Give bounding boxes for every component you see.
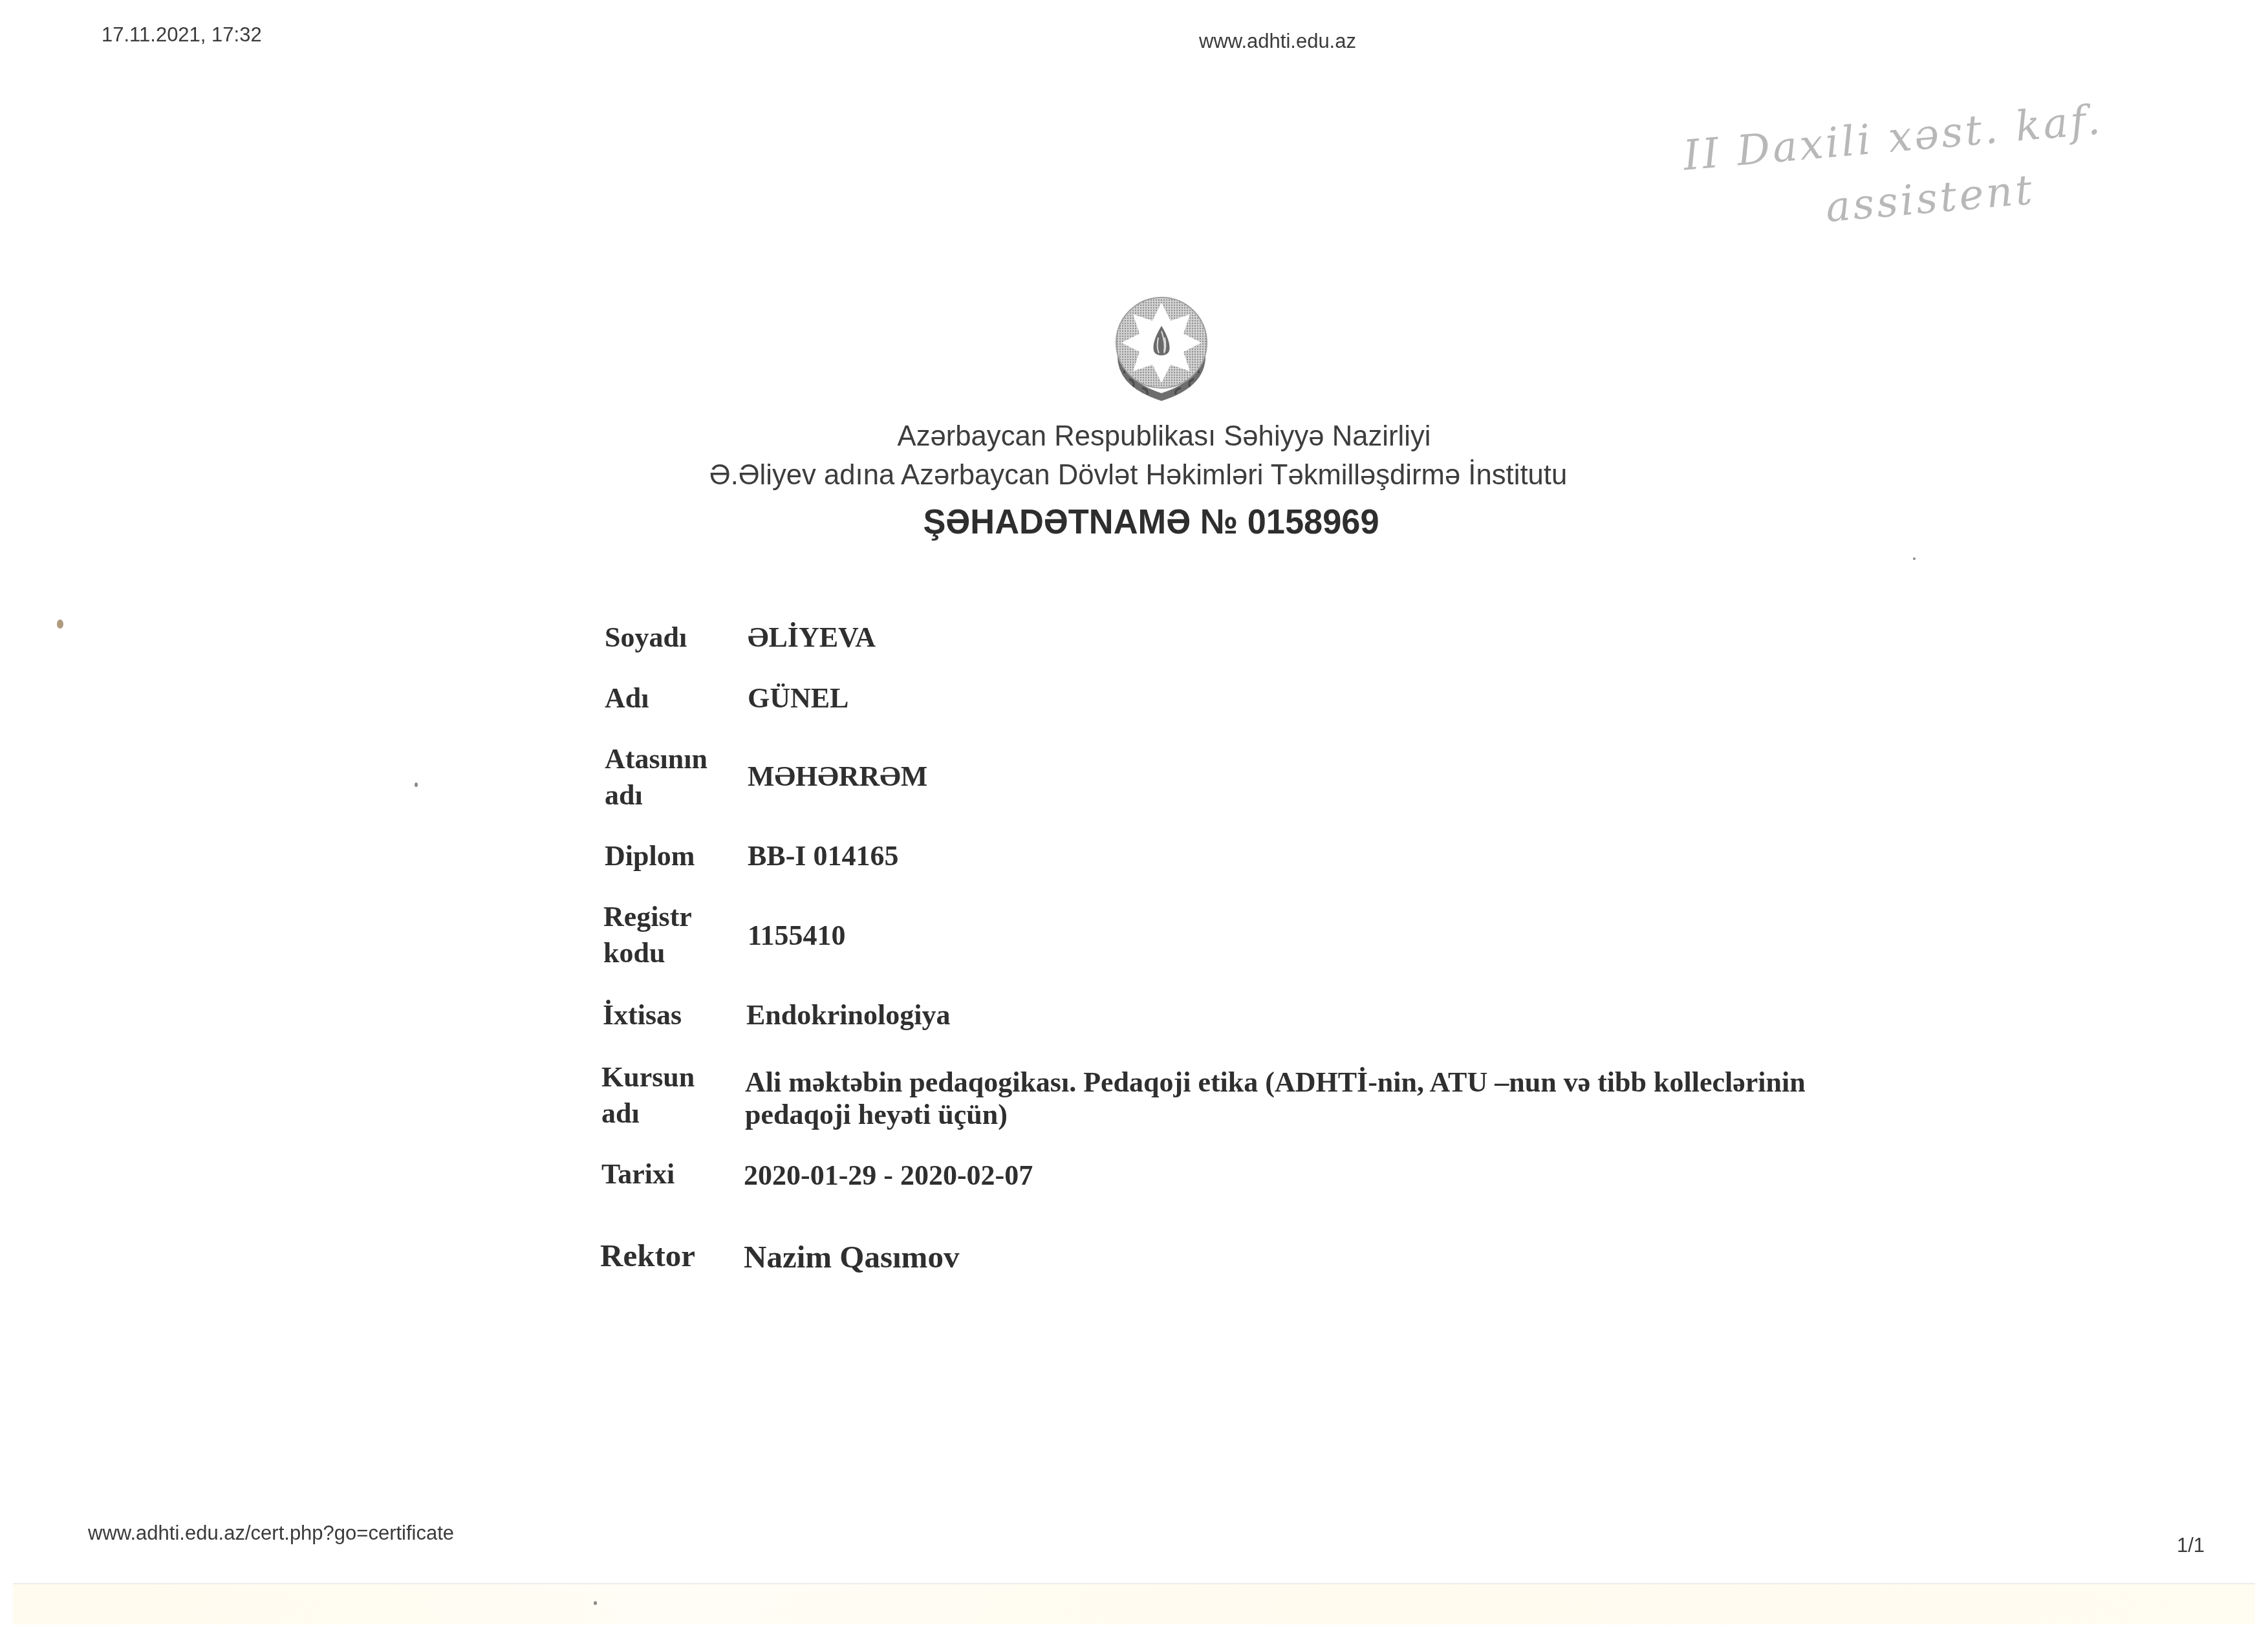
print-timestamp: 17.11.2021, 17:32 [102, 23, 262, 47]
field-label-line2: kodu [603, 935, 665, 971]
scan-speck [1913, 557, 1916, 560]
field-value-line1: Ali məktəbin pedaqogikası. Pedaqoji etik… [745, 1064, 1806, 1101]
field-label: Rektor [600, 1238, 695, 1274]
field-label: Adı [605, 680, 649, 717]
print-page-number: 1/1 [2177, 1534, 2205, 1557]
print-site: www.adhti.edu.az [1199, 30, 1356, 53]
field-label-line2: adı [601, 1095, 640, 1132]
field-label-line1: Atasının [605, 741, 707, 777]
field-label: Tarixi [601, 1156, 675, 1192]
field-value: ƏLİYEVA [748, 620, 876, 656]
field-label-line1: Kursun [601, 1059, 695, 1095]
field-label-line1: Registr [603, 899, 692, 935]
scan-speck [415, 782, 418, 787]
field-label: Diplom [605, 838, 695, 874]
handwritten-note-line1: II Daxili xəst. kaf. [1681, 96, 2104, 180]
field-label: İxtisas [603, 997, 682, 1033]
print-footer-url: www.adhti.edu.az/cert.php?go=certificate [88, 1522, 454, 1545]
ministry-name: Azərbaycan Respublikası Səhiyyə Nazirliy… [35, 419, 2268, 453]
azerbaijan-state-emblem-icon [1103, 283, 1220, 406]
field-value: MƏHƏRRƏM [748, 759, 927, 795]
field-value: Nazim Qasımov [744, 1239, 959, 1275]
certificate-title: ŞƏHADƏTNAMƏ № 0158969 [22, 502, 2268, 542]
scan-speck [57, 620, 63, 629]
field-value: 1155410 [748, 918, 846, 954]
scan-speck [594, 1601, 597, 1605]
field-value-line2: pedaqoji heyəti üçün) [745, 1097, 1008, 1133]
institute-name: Ə.Əliyev adına Azərbaycan Dövlət Həkimlə… [9, 458, 2267, 491]
field-value: 2020-01-29 - 2020-02-07 [744, 1158, 1033, 1194]
field-label: Soyadı [605, 620, 687, 656]
handwritten-note-line2: assistent [1824, 166, 2036, 232]
field-label-line2: adı [605, 777, 643, 814]
field-value: BB-I 014165 [748, 838, 898, 874]
field-value: Endokrinologiya [746, 997, 950, 1033]
field-value: GÜNEL [748, 680, 848, 717]
scan-edge [13, 1583, 2255, 1624]
